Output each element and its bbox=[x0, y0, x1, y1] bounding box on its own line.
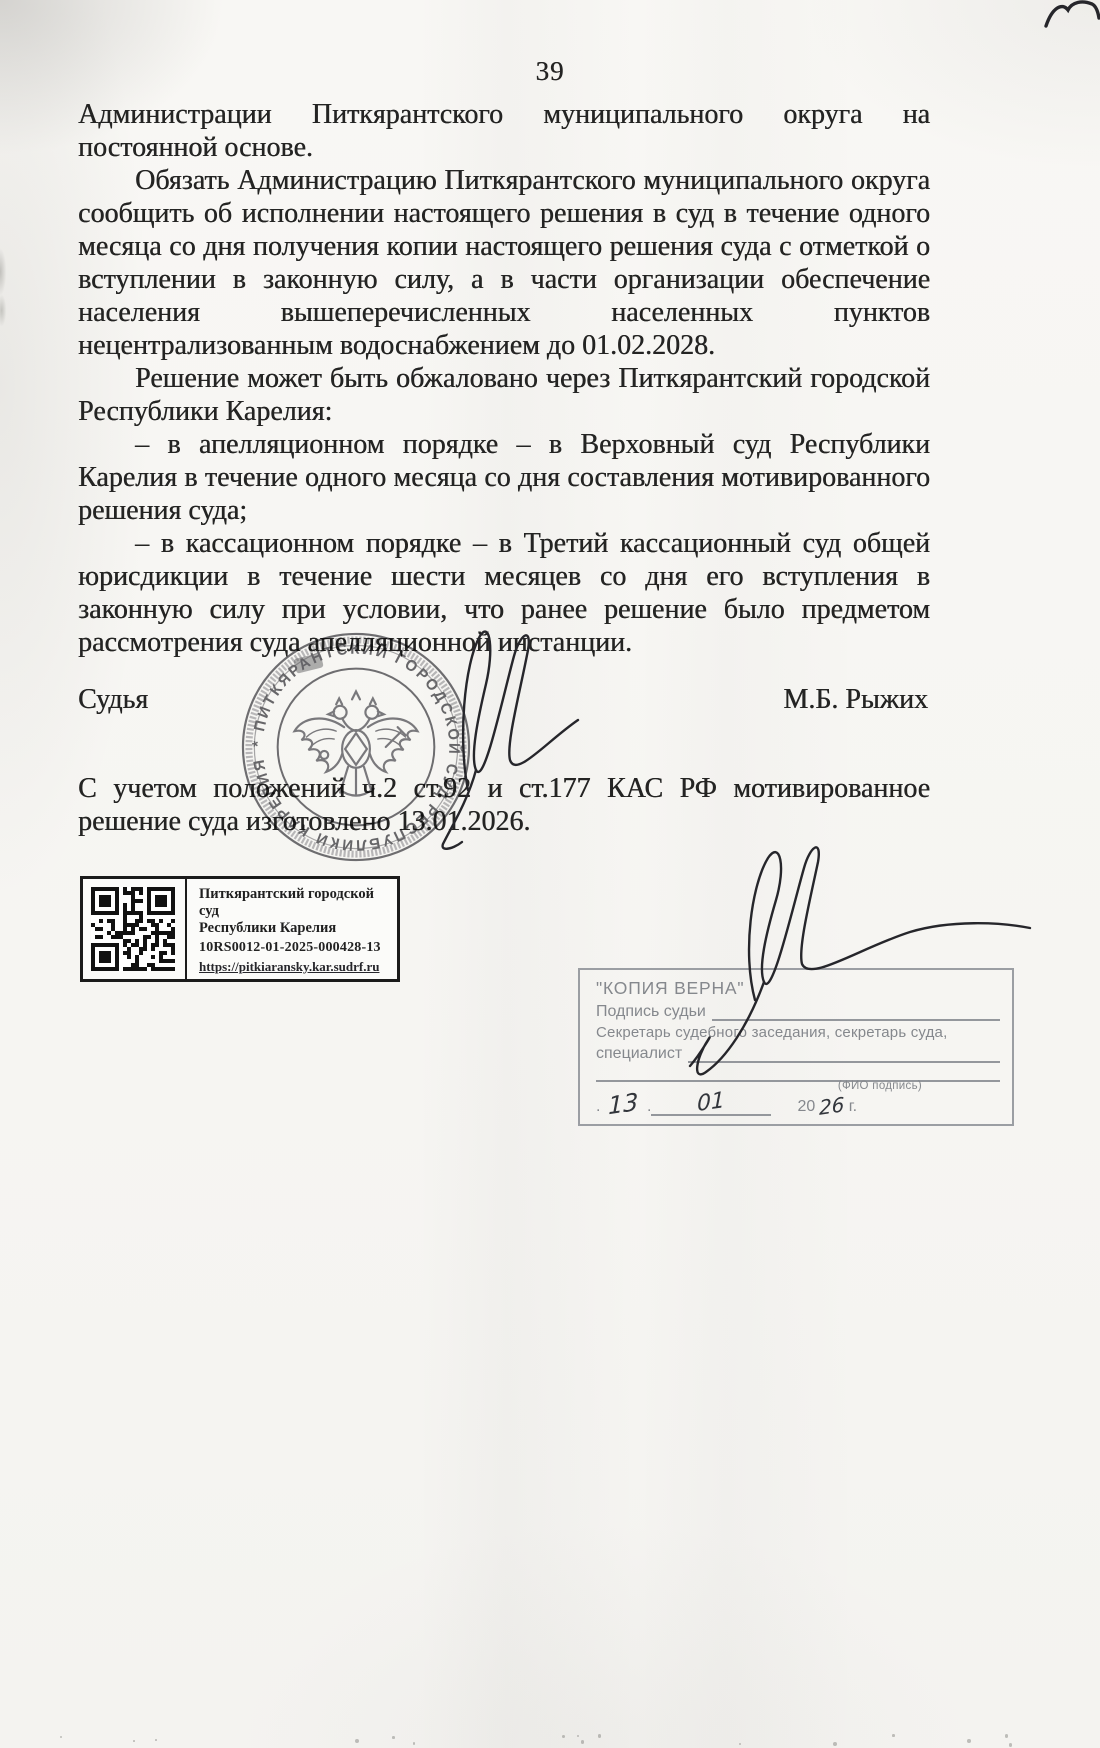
qr-verification-box: Питкярантский городской суд Республики К… bbox=[80, 876, 400, 982]
date-day-open: . bbox=[596, 1098, 600, 1116]
scan-speckle bbox=[155, 1739, 157, 1741]
qr-court-name-line2: Республики Карелия bbox=[199, 920, 391, 937]
scan-speckle bbox=[967, 1739, 971, 1743]
scan-speckle bbox=[413, 1742, 416, 1745]
date-year-suffix: г. bbox=[849, 1098, 857, 1116]
paragraph: Решение может быть обжаловано через Питк… bbox=[78, 362, 930, 428]
paragraph: Администрации Питкярантского муниципальн… bbox=[78, 98, 930, 164]
scan-speckle bbox=[562, 1735, 565, 1738]
scan-speckle bbox=[355, 1739, 359, 1743]
scan-edge-smudge bbox=[0, 246, 16, 332]
case-number: 10RS0012-01-2025-000428-13 bbox=[199, 940, 391, 956]
scan-speckle bbox=[833, 1742, 837, 1746]
scan-speckle bbox=[598, 1734, 601, 1737]
qr-box-text: Питкярантский городской суд Республики К… bbox=[185, 879, 397, 979]
decision-text-block: Администрации Питкярантского муниципальн… bbox=[78, 98, 930, 659]
fio-signature-caption: (ФИО подпись) bbox=[838, 1080, 922, 1092]
judge-name: М.Б. Рыжих bbox=[783, 684, 928, 716]
secretary-label: Секретарь судебного заседания, секретарь… bbox=[596, 1024, 1000, 1041]
scan-speckle bbox=[581, 1740, 585, 1744]
page-number: 39 bbox=[0, 56, 1100, 87]
corner-pen-mark bbox=[1046, 2, 1099, 26]
copy-verna-stamp-box: "КОПИЯ ВЕРНА" Подпись судьи Секретарь су… bbox=[578, 968, 1014, 1126]
qr-court-name-line1: Питкярантский городской суд bbox=[199, 886, 391, 920]
certification-note: С учетом положений ч.2 ст.92 и ст.177 КА… bbox=[78, 772, 930, 838]
signature-row: Судья М.Б. Рыжих bbox=[78, 684, 928, 716]
specialist-blank-line bbox=[688, 1044, 1000, 1063]
handwritten-day: 13 bbox=[609, 1089, 639, 1117]
scan-speckle bbox=[577, 1735, 579, 1737]
paragraph: Обязать Администрацию Питкярантского мун… bbox=[78, 164, 930, 362]
court-url: https://pitkiaransky.kar.sudrf.ru bbox=[199, 959, 391, 975]
handwritten-month: 01 bbox=[698, 1090, 726, 1116]
date-row: (ФИО подпись) . 13 . 01 20 26 г. bbox=[596, 1086, 1000, 1116]
scan-speckle bbox=[1005, 1734, 1009, 1738]
handwritten-year: 26 bbox=[819, 1094, 844, 1118]
scan-speckle bbox=[892, 1734, 895, 1737]
scanned-court-document-page: 39 Администрации Питкярантского муниципа… bbox=[0, 0, 1100, 1748]
copy-verna-title: "КОПИЯ ВЕРНА" bbox=[596, 978, 1000, 999]
judge-signature-label: Подпись судьи bbox=[596, 1003, 706, 1021]
qr-code bbox=[91, 887, 175, 971]
scan-speckle bbox=[133, 1740, 135, 1742]
scan-speckle bbox=[739, 1743, 741, 1745]
scan-speckle bbox=[60, 1736, 62, 1738]
specialist-label: специалист bbox=[596, 1045, 682, 1063]
scan-speckle bbox=[1009, 1743, 1013, 1747]
scan-speckle bbox=[392, 1736, 395, 1739]
date-month-line: 01 bbox=[651, 1092, 771, 1116]
paragraph: – в кассационном порядке – в Третий касс… bbox=[78, 527, 930, 659]
date-year-prefix: 20 bbox=[797, 1098, 815, 1116]
signature-blank-line bbox=[712, 1002, 1000, 1021]
paragraph: – в апелляционном порядке – в Верховный … bbox=[78, 428, 930, 527]
blank-line bbox=[596, 1066, 1000, 1082]
judge-role-label: Судья bbox=[78, 684, 148, 716]
